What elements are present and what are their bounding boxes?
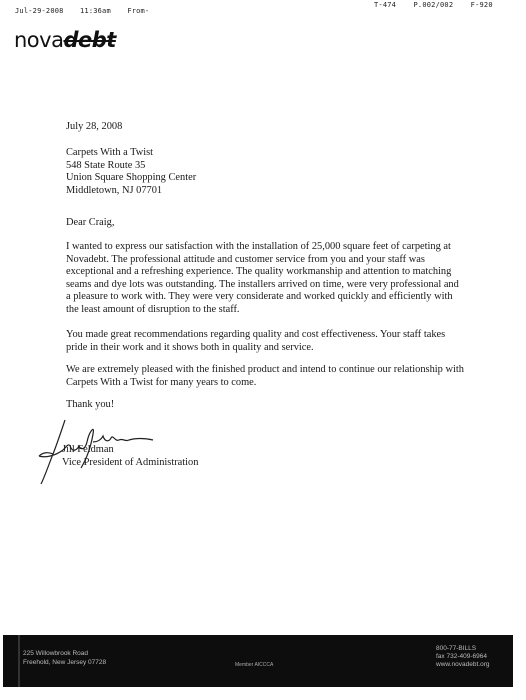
closing: Thank you! bbox=[66, 399, 114, 412]
recipient-line: Union Square Shopping Center bbox=[66, 172, 196, 185]
salutation: Dear Craig, bbox=[66, 217, 114, 230]
fax-transmission: T-474 bbox=[374, 1, 396, 9]
fax-date: Jul-29-2008 bbox=[15, 7, 64, 15]
footer-membership: Member AICCCA bbox=[235, 662, 273, 668]
fax-header-left: Jul-29-2008 11:36am From- bbox=[15, 7, 161, 15]
paragraph-2: You made great recommendations regarding… bbox=[66, 329, 466, 354]
footer-address-line: 225 Willowbrook Road bbox=[23, 649, 106, 658]
footer-contact: 800-77-BILLS fax 732-409-6964 www.novade… bbox=[436, 645, 489, 669]
footer-address: 225 Willowbrook Road Freehold, New Jerse… bbox=[23, 649, 106, 667]
footer-fax: fax 732-409-6964 bbox=[436, 653, 489, 661]
recipient-address: Carpets With a Twist 548 State Route 35 … bbox=[66, 147, 196, 197]
fax-from: From- bbox=[127, 7, 149, 15]
signer-title: Vice President of Administration bbox=[62, 457, 198, 470]
paragraph-1: I wanted to express our satisfaction wit… bbox=[66, 241, 466, 316]
letterhead-footer: 225 Willowbrook Road Freehold, New Jerse… bbox=[3, 635, 513, 687]
logo-debt: debt bbox=[63, 28, 115, 52]
fax-time: 11:36am bbox=[80, 7, 111, 15]
fax-header-right: T-474 P.002/002 F-920 bbox=[374, 1, 506, 9]
paragraph-3: We are extremely pleased with the finish… bbox=[66, 364, 466, 389]
signer-block: Jill Feldman Vice President of Administr… bbox=[62, 444, 198, 469]
company-logo: novadebt bbox=[14, 28, 116, 52]
footer-website: www.novadebt.org bbox=[436, 661, 489, 669]
signer-name: Jill Feldman bbox=[62, 444, 198, 457]
logo-nova: nova bbox=[14, 28, 63, 52]
recipient-line: Carpets With a Twist bbox=[66, 147, 196, 160]
footer-edge bbox=[18, 635, 20, 687]
fax-id: F-920 bbox=[471, 1, 493, 9]
footer-phone: 800-77-BILLS bbox=[436, 645, 489, 653]
recipient-line: 548 State Route 35 bbox=[66, 160, 196, 173]
footer-address-line: Freehold, New Jersey 07728 bbox=[23, 658, 106, 667]
recipient-line: Middletown, NJ 07701 bbox=[66, 185, 196, 198]
fax-page: P.002/002 bbox=[414, 1, 454, 9]
letter-date: July 28, 2008 bbox=[66, 121, 122, 134]
